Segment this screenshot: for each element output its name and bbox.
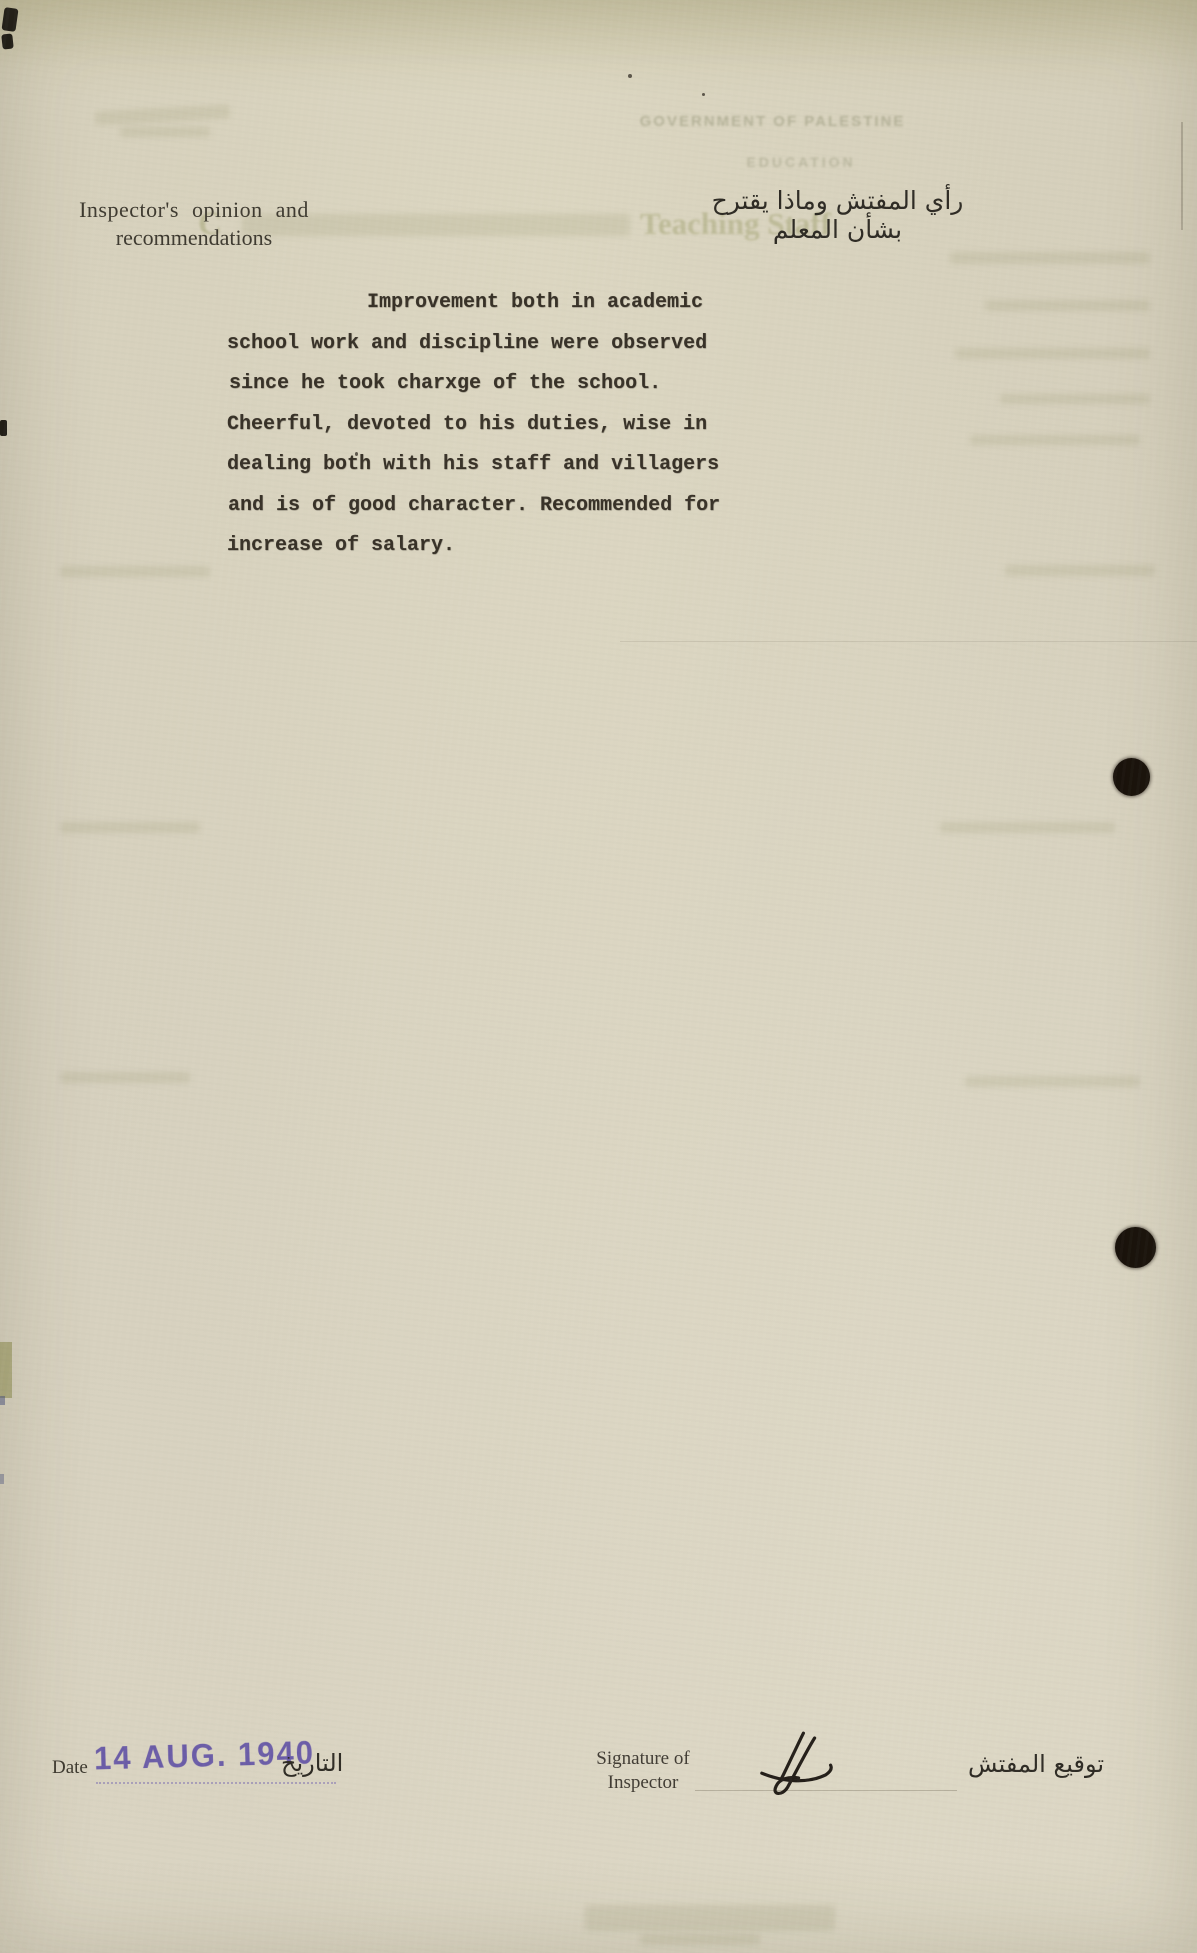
typed-line: increase of salary. — [227, 526, 807, 567]
scan-line-artifact — [620, 641, 1197, 642]
inspector-signature-mark — [757, 1730, 837, 1798]
paper-top-tint — [0, 0, 1197, 70]
bleedthrough-education: EDUCATION — [695, 154, 907, 170]
inspectors-opinion-label: Inspector's opinion and recommendations — [56, 196, 332, 252]
date-label: Date — [52, 1757, 88, 1779]
bleedthrough-scribble — [120, 127, 210, 137]
scan-edge-mark — [0, 1396, 5, 1405]
bleedthrough-blur — [950, 252, 1150, 264]
bleedthrough-blur — [60, 1072, 190, 1083]
typed-line: and is of good character. Recommended fo… — [228, 486, 807, 527]
typed-line: dealing both with his staff and villager… — [227, 445, 807, 486]
scan-edge-mark — [1, 33, 14, 49]
typed-line: since he took charxge of the school. — [229, 364, 807, 405]
inspectors-opinion-label-arabic: رأي المفتش وماذا يقترح بشأن المعلم — [705, 186, 970, 244]
bleedthrough-blur — [60, 566, 210, 577]
bleedthrough-blur — [640, 1934, 760, 1945]
bleedthrough-scribble — [95, 104, 231, 125]
bleedthrough-blur — [965, 1076, 1140, 1087]
document-page: GOVERNMENT OF PALESTINE EDUCATION C Teac… — [0, 0, 1197, 1953]
signature-of-inspector-label: Signature of Inspector — [568, 1747, 718, 1795]
scan-edge-mark — [0, 1342, 12, 1398]
bleedthrough-blur — [585, 1905, 835, 1931]
scan-edge-mark — [0, 1474, 4, 1484]
date-line — [96, 1780, 336, 1784]
signature-label-arabic: توقيع المفتش — [968, 1750, 1104, 1778]
bleedthrough-government-of-palestine: GOVERNMENT OF PALESTINE — [635, 113, 910, 130]
hole-punch-dot — [1115, 1227, 1156, 1268]
scan-line-artifact — [1181, 122, 1183, 230]
date-label-arabic: التاريخ — [281, 1749, 343, 1777]
paper-speck — [628, 74, 632, 78]
paper-speck — [702, 93, 705, 96]
bleedthrough-blur — [985, 300, 1150, 311]
inspectors-opinion-label-line2: recommendations — [56, 224, 332, 252]
bleedthrough-blur — [940, 822, 1115, 833]
signature-label-line1: Signature of — [568, 1747, 718, 1771]
signature-label-line2: Inspector — [568, 1771, 718, 1795]
typed-remarks-paragraph: Improvement both in academic school work… — [227, 283, 807, 567]
hole-punch-dot — [1113, 758, 1150, 796]
bleedthrough-blur — [955, 348, 1150, 359]
bleedthrough-blur — [1005, 565, 1155, 576]
bleedthrough-blur — [970, 435, 1140, 445]
typed-line: school work and discipline were observed — [227, 324, 807, 365]
bleedthrough-blur — [60, 822, 200, 833]
scan-edge-mark — [0, 420, 7, 436]
inspectors-opinion-label-line1: Inspector's opinion and — [56, 196, 332, 224]
bleedthrough-blur — [1000, 394, 1150, 404]
typed-line: Cheerful, devoted to his duties, wise in — [227, 405, 807, 446]
typed-line: Improvement both in academic — [227, 283, 807, 324]
